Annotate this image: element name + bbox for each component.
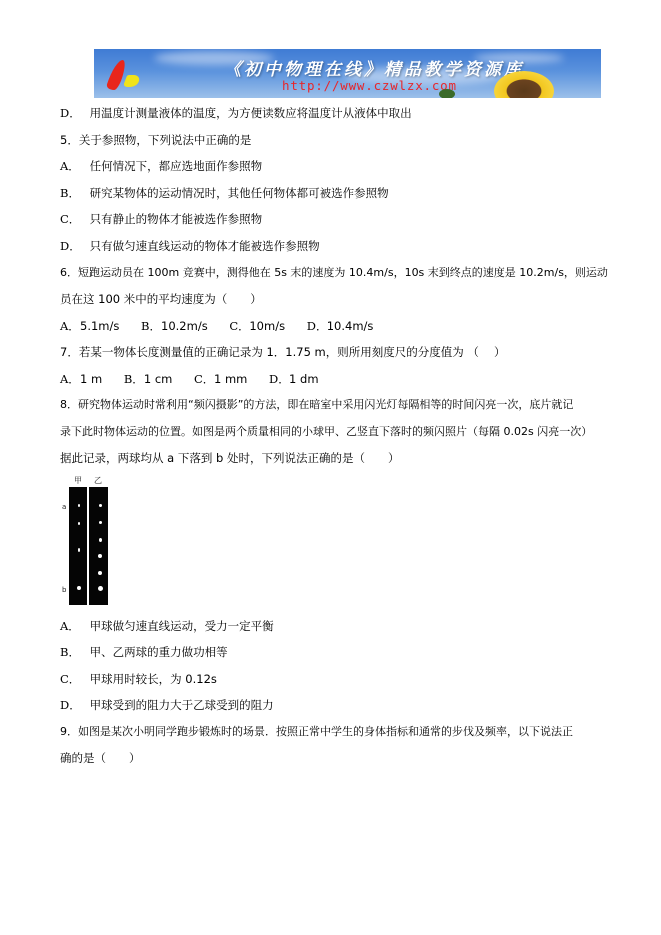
label-a: a [62, 503, 66, 511]
header-banner: 《初中物理在线》精品教学资源库 http://www.czwlzx.com [94, 49, 601, 98]
option-label: A． [60, 372, 80, 386]
q9-stem-line1: 9．如图是某次小明同学跑步锻炼时的场景．按照正常中学生的身体指标和通常的步伐及频… [60, 725, 573, 739]
option-text: 只有静止的物体才能被选作参照物 [90, 212, 263, 226]
q8-stem-line2: 录下此时物体运动的位置。如图是两个质量相同的小球甲、乙竖直下落时的频闪照片（每隔… [60, 425, 592, 439]
option-text: 甲球做匀速直线运动，受力一定平衡 [90, 619, 274, 633]
label-b: b [62, 586, 66, 594]
option-text: 用温度计测量液体的温度，为方便读数应将温度计从液体中取出 [90, 106, 412, 120]
q6-option-a: A．5.1m/s [60, 319, 119, 333]
logo-icon-accent [123, 75, 141, 87]
option-text: 甲、乙两球的重力做功相等 [90, 645, 228, 659]
q7-stem: 7．若某一物体长度测量值的正确记录为 1．1.75 m，则所用刻度尺的分度值为 … [60, 345, 506, 359]
option-text: 10.2m/s [161, 319, 208, 333]
label-yi: 乙 [94, 476, 102, 485]
q6-stem-line2: 员在这 100 米中的平均速度为（ ） [60, 292, 262, 306]
q7-option-c: C．1 mm [194, 372, 247, 386]
ball-position-dot [78, 548, 80, 552]
option-text: 1 m [80, 372, 102, 386]
option-label: C． [60, 672, 86, 686]
option-label: B． [141, 319, 161, 333]
option-label: C． [229, 319, 249, 333]
q5-option-c: C． 只有静止的物体才能被选作参照物 [60, 212, 262, 226]
option-label: D． [60, 106, 86, 120]
q7-option-d: D．1 dm [269, 372, 318, 386]
option-label: D． [307, 319, 327, 333]
ball-position-dot [99, 538, 102, 542]
q9-stem-line2: 确的是（ ） [60, 751, 141, 765]
option-label: B． [60, 645, 86, 659]
q8-option-a: A． 甲球做匀速直线运动，受力一定平衡 [60, 619, 274, 633]
q8-option-b: B． 甲、乙两球的重力做功相等 [60, 645, 228, 659]
option-label: A． [60, 159, 86, 173]
q8-option-c: C． 甲球用时较长，为 0.12s [60, 672, 217, 686]
option-label: D． [269, 372, 289, 386]
q6-option-b: B．10.2m/s [141, 319, 208, 333]
option-label: A． [60, 619, 86, 633]
q6-options: A．5.1m/s B．10.2m/s C．10m/s D．10.4m/s [60, 319, 391, 333]
q8-option-d: D． 甲球受到的阻力大于乙球受到的阻力 [60, 698, 274, 712]
option-label: C． [194, 372, 214, 386]
banner-url: http://www.czwlzx.com [282, 78, 457, 93]
leaf-decoration [439, 89, 455, 98]
q6-option-d: D．10.4m/s [307, 319, 374, 333]
q6-option-c: C．10m/s [229, 319, 285, 333]
q5-option-d: D． 只有做匀速直线运动的物体才能被选作参照物 [60, 239, 320, 253]
option-text: 甲球受到的阻力大于乙球受到的阻力 [90, 698, 274, 712]
ball-position-dot [78, 522, 80, 525]
option-text: 1 cm [144, 372, 173, 386]
option-text: 10m/s [249, 319, 285, 333]
banner-title: 《初中物理在线》精品教学资源库 [224, 55, 524, 80]
ball-position-dot [99, 504, 102, 507]
option-text: 10.4m/s [327, 319, 374, 333]
option-text: 甲球用时较长，为 0.12s [90, 672, 217, 686]
option-text: 任何情况下，都应选地面作参照物 [90, 159, 263, 173]
ball-position-dot [99, 521, 102, 524]
option-text: 1 mm [214, 372, 247, 386]
option-text: 只有做匀速直线运动的物体才能被选作参照物 [90, 239, 320, 253]
option-label: B． [124, 372, 144, 386]
label-jia: 甲 [74, 476, 82, 485]
q7-options: A．1 m B．1 cm C．1 mm D．1 dm [60, 372, 337, 386]
q5-option-b: B． 研究某物体的运动情况时，其他任何物体都可被选作参照物 [60, 186, 389, 200]
q8-stem-line1: 8．研究物体运动时常利用“频闪摄影”的方法，即在暗室中采用闪光灯每隔相等的时间闪… [60, 398, 573, 412]
ball-position-dot [98, 571, 102, 575]
q7-option-b: B．1 cm [124, 372, 173, 386]
ball-position-dot [98, 586, 103, 591]
strobe-photo-figure: 甲 乙 a b [62, 476, 112, 608]
option-label: C． [60, 212, 86, 226]
ball-position-dot [98, 554, 102, 558]
option-text: 研究某物体的运动情况时，其他任何物体都可被选作参照物 [90, 186, 389, 200]
option-label: D． [60, 698, 86, 712]
q5-stem: 5．关于参照物，下列说法中正确的是 [60, 133, 251, 147]
q8-stem-line3: 据此记录，两球均从 a 下落到 b 处时，下列说法正确的是（ ） [60, 451, 399, 465]
q5-option-a: A． 任何情况下，都应选地面作参照物 [60, 159, 262, 173]
q4-option-d: D． 用温度计测量液体的温度，为方便读数应将温度计从液体中取出 [60, 106, 412, 120]
option-text: 1 dm [289, 372, 318, 386]
ball-position-dot [77, 586, 81, 590]
option-label: A． [60, 319, 80, 333]
q7-option-a: A．1 m [60, 372, 102, 386]
q6-stem-line1: 6．短跑运动员在 100m 竞赛中，测得他在 5s 末的速度为 10.4m/s，… [60, 266, 608, 280]
ball-position-dot [78, 504, 80, 507]
option-text: 5.1m/s [80, 319, 119, 333]
option-label: B． [60, 186, 86, 200]
option-label: D． [60, 239, 86, 253]
